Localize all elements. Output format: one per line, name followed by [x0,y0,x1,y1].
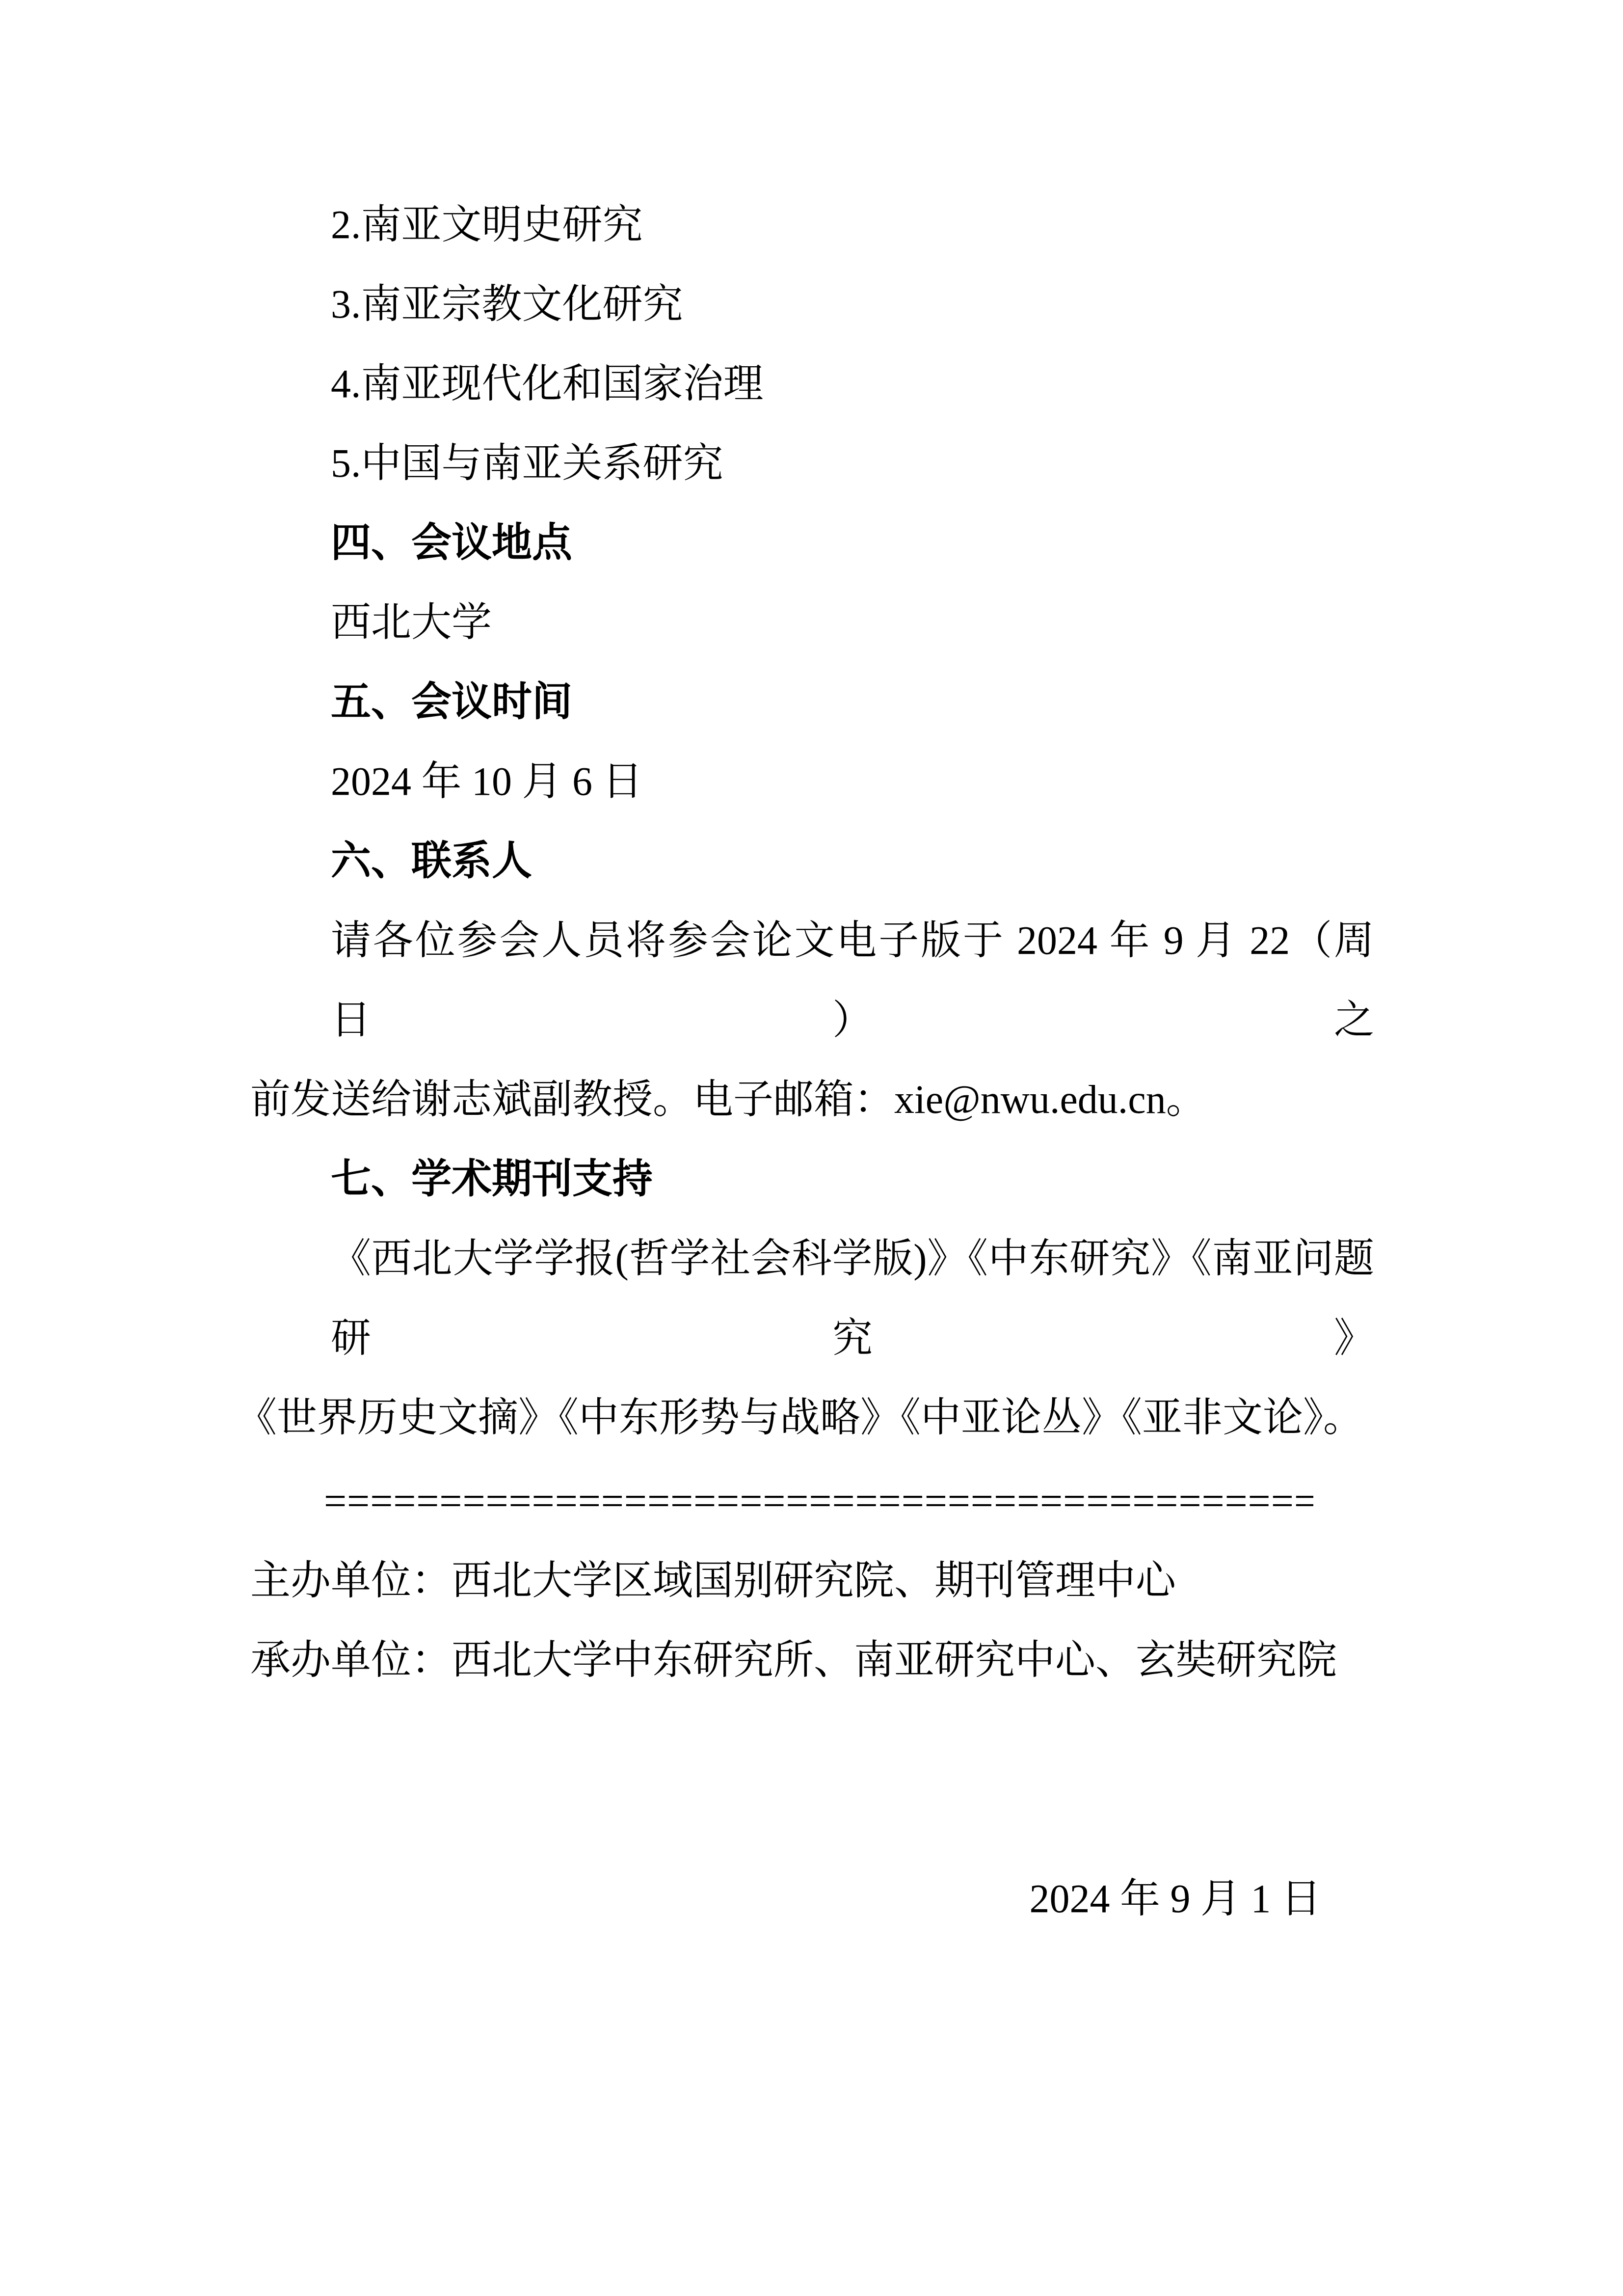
section-heading-time: 五、会议时间 [250,662,1374,742]
topic-item-4: 4.南亚现代化和国家治理 [250,344,1374,424]
undertaking-organizer-line: 承办单位：西北大学中东研究所、南亚研究中心、玄奘研究院 [250,1621,1374,1700]
contact-paragraph-line-2: 前发送给谢志斌副教授。电子邮箱：xie@nwu.edu.cn。 [250,1060,1374,1139]
topic-item-2: 2.南亚文明史研究 [250,185,1374,265]
contact-paragraph-line-1: 请各位参会人员将参会论文电子版于 2024 年 9 月 22（周日）之 [250,901,1374,1060]
host-organizer-line: 主办单位：西北大学区域国别研究院、期刊管理中心 [250,1541,1374,1621]
signature-date: 2024 年 9 月 1 日 [250,1859,1374,1939]
journals-line-1: 《西北大学学报(哲学社会科学版)》《中东研究》《南亚问题研究》 [250,1219,1374,1378]
blank-space [250,1700,1374,1859]
document-page: 2.南亚文明史研究 3.南亚宗教文化研究 4.南亚现代化和国家治理 5.中国与南… [0,0,1623,2296]
journals-line-2: 《世界历史文摘》《中东形势与战略》《中亚论丛》《亚非文论》。 [237,1378,1374,1458]
meeting-date-text: 2024 年 10 月 6 日 [250,742,1374,821]
topic-item-5: 5.中国与南亚关系研究 [250,424,1374,503]
section-heading-journals: 七、学术期刊支持 [250,1139,1374,1219]
venue-text: 西北大学 [250,583,1374,662]
divider-text: ========================================… [324,1461,1313,1541]
divider: ========================================… [250,1458,1374,1541]
section-heading-contact: 六、联系人 [250,821,1374,901]
topic-item-3: 3.南亚宗教文化研究 [250,265,1374,344]
document-body: 2.南亚文明史研究 3.南亚宗教文化研究 4.南亚现代化和国家治理 5.中国与南… [250,185,1374,1939]
section-heading-venue: 四、会议地点 [250,503,1374,583]
